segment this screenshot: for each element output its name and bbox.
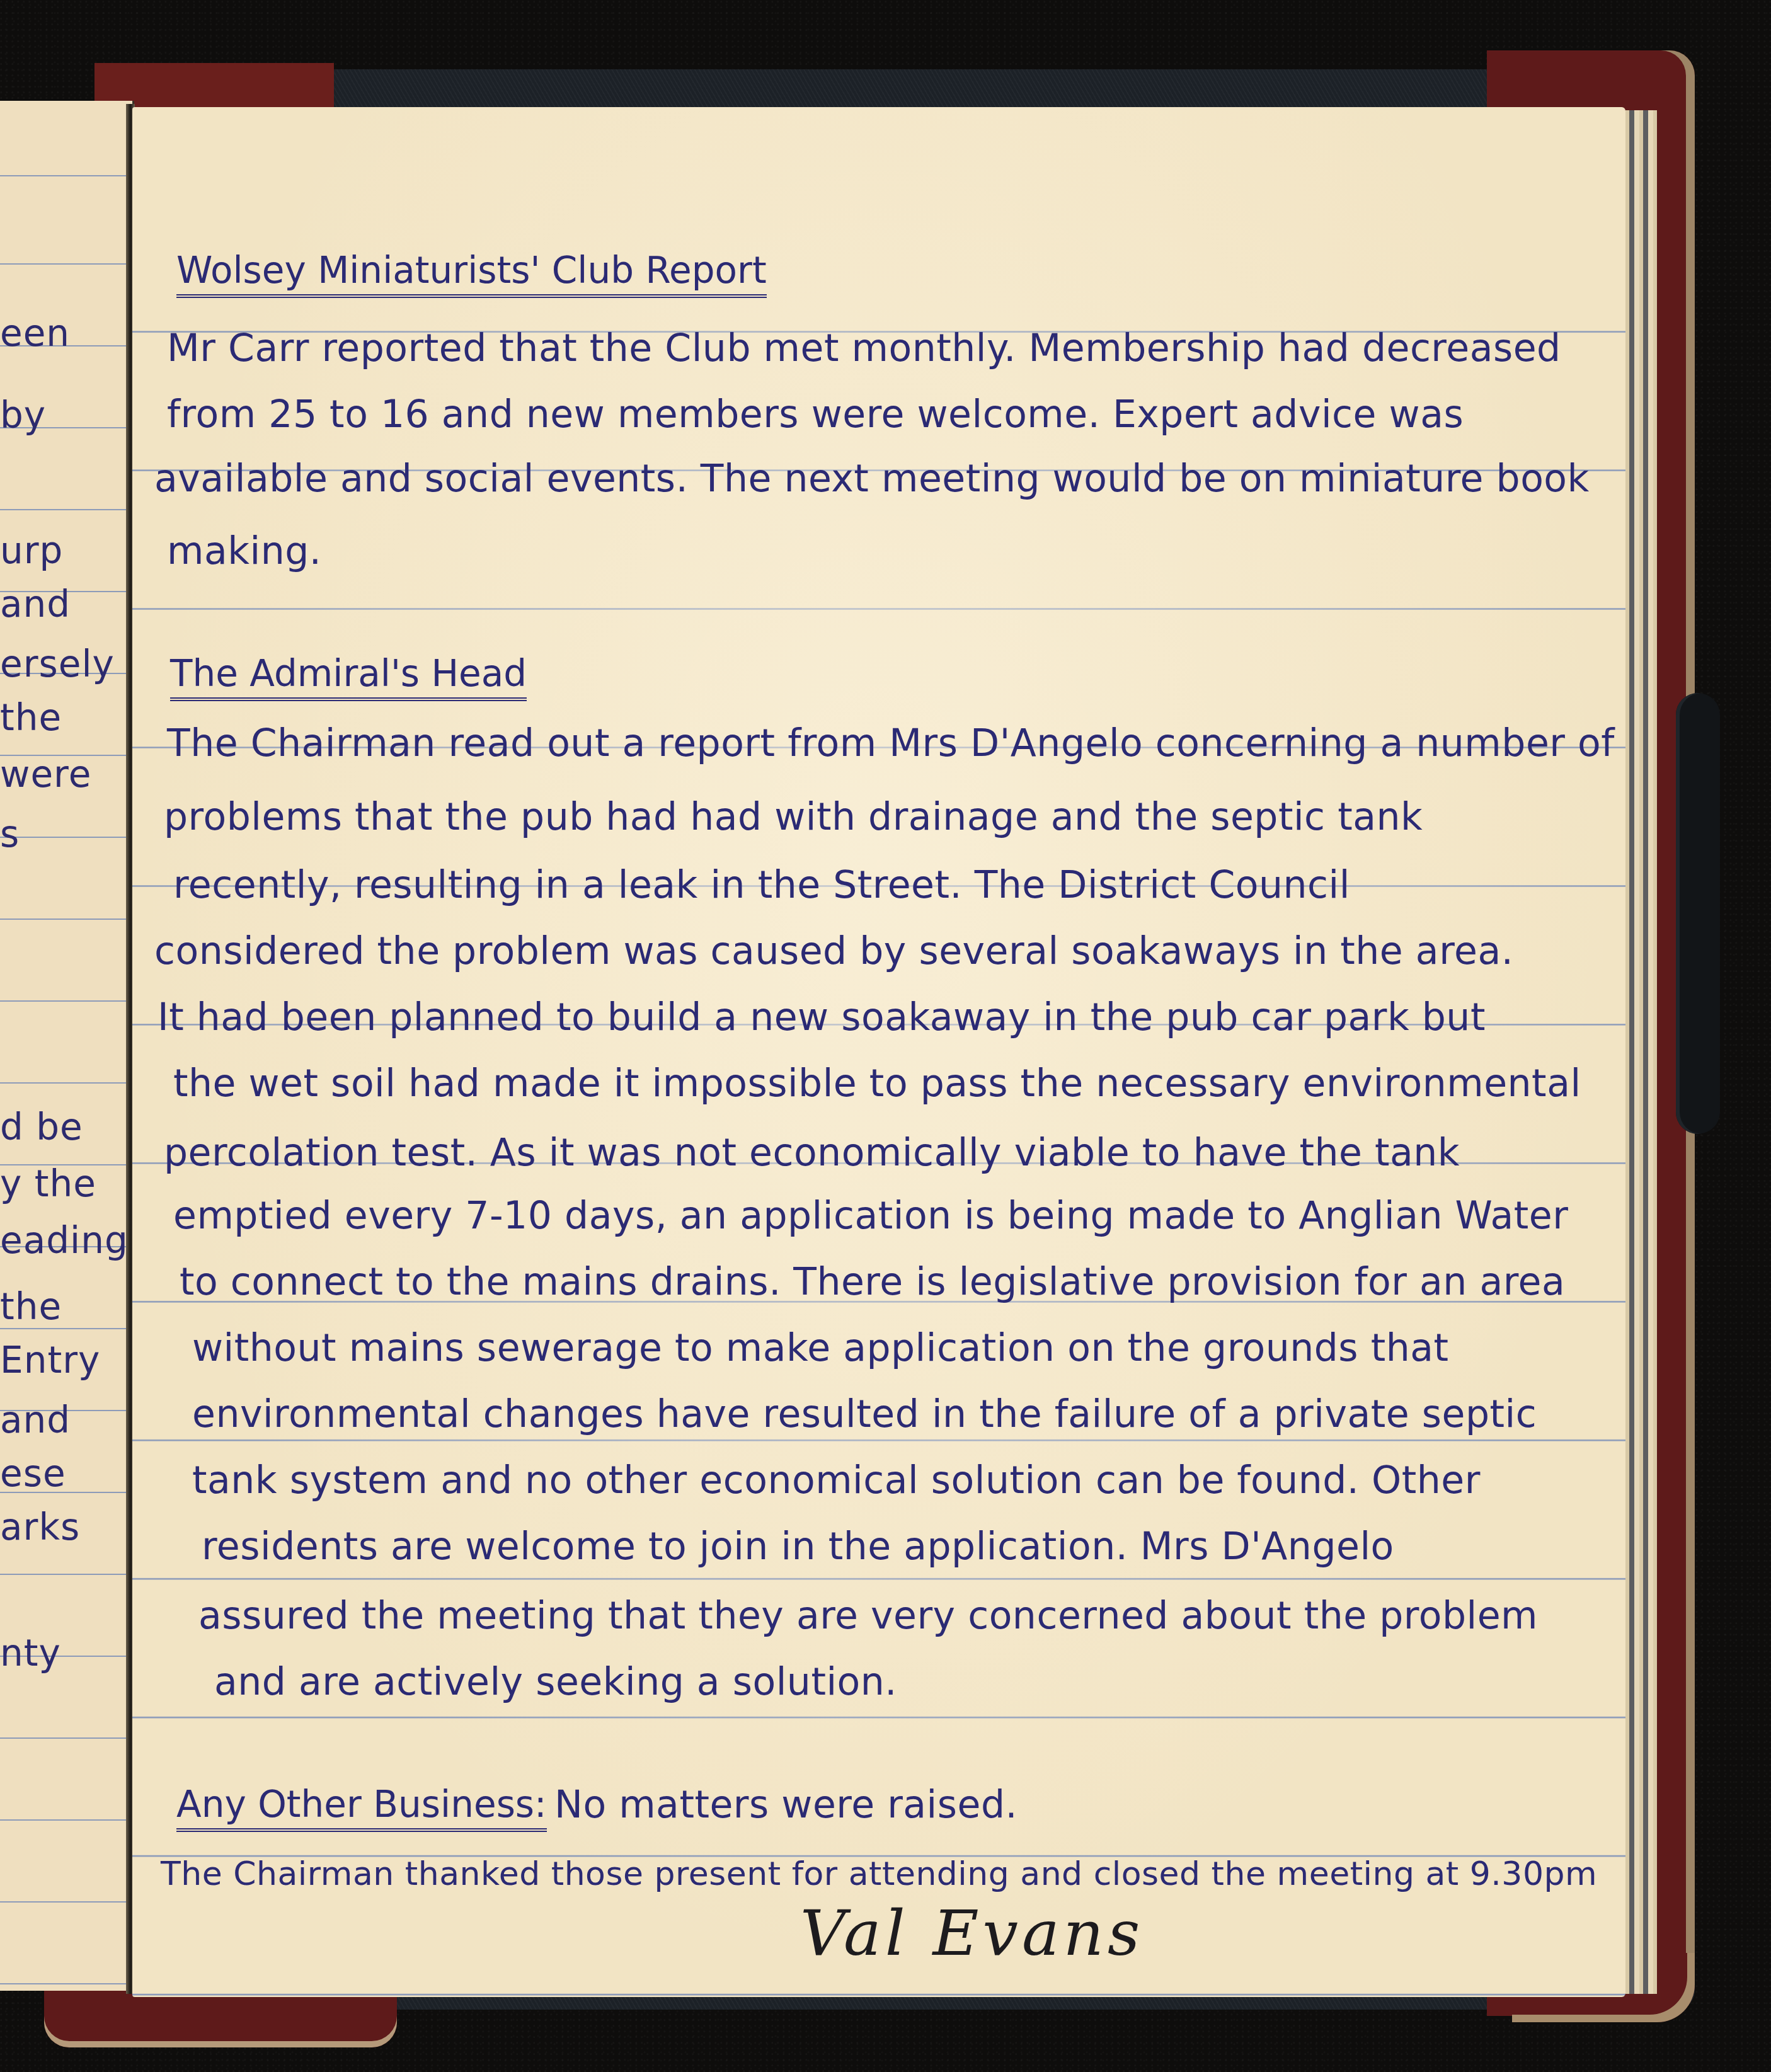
left-fragment: een [0,312,70,355]
left-fragment: were [0,753,91,796]
minute-line: and are actively seeking a solution. [214,1660,897,1704]
section-heading-club-report: Wolsey Miniaturists' Club Report [176,249,767,298]
minute-line: recently, resulting in a leak in the Str… [173,863,1350,907]
minute-line: It had been planned to build a new soaka… [158,995,1486,1039]
left-fragment: Entry [0,1339,100,1382]
minute-line: considered the problem was caused by sev… [154,929,1513,973]
section-heading-admirals-head: The Admiral's Head [170,652,527,701]
left-fragment: urp [0,529,63,572]
left-fragment: y the [0,1162,96,1205]
left-fragment: by [0,394,46,437]
closing-line: The Chairman thanked those present for a… [161,1855,1597,1893]
left-fragment: nty [0,1632,61,1674]
left-fragment: arks [0,1506,80,1548]
left-fragment: ese [0,1452,66,1495]
minute-line: problems that the pub had had with drain… [164,795,1423,839]
minute-line: assured the meeting that they are very c… [198,1594,1538,1638]
minute-line: The Chairman read out a report from Mrs … [167,721,1615,765]
left-fragment: the [0,1285,62,1328]
minute-line: percolation test. As it was not economic… [164,1131,1460,1175]
left-page: een by urp and ersely the were s d be y … [0,101,134,1991]
minute-line: the wet soil had made it impossible to p… [173,1062,1581,1106]
chairman-signature: Val Evans [800,1896,1143,1970]
left-fragment: d be [0,1106,83,1148]
minute-line: tank system and no other economical solu… [192,1458,1481,1502]
minute-line: residents are welcome to join in the app… [202,1525,1394,1569]
right-page [132,107,1625,1997]
minute-line: from 25 to 16 and new members were welco… [167,392,1464,437]
left-fragment: and [0,1399,71,1441]
left-fragment: the [0,696,62,739]
minute-line: emptied every 7-10 days, an application … [173,1194,1568,1238]
left-fragment: s [0,813,20,856]
bookmark-ribbon [1676,693,1720,1134]
section-heading-aob: Any Other Business: [176,1783,547,1832]
page-edges [1625,110,1657,1994]
minute-line: making. [167,529,321,573]
left-fragment: and [0,583,71,626]
left-fragment: ersely [0,643,115,685]
minute-line: Mr Carr reported that the Club met month… [167,326,1561,370]
minute-line: environmental changes have resulted in t… [192,1392,1537,1436]
minute-line: available and social events. The next me… [154,457,1590,501]
minute-line: to connect to the mains drains. There is… [180,1260,1565,1304]
aob-text: No matters were raised. [554,1783,1017,1827]
minute-line: without mains sewerage to make applicati… [192,1326,1449,1370]
